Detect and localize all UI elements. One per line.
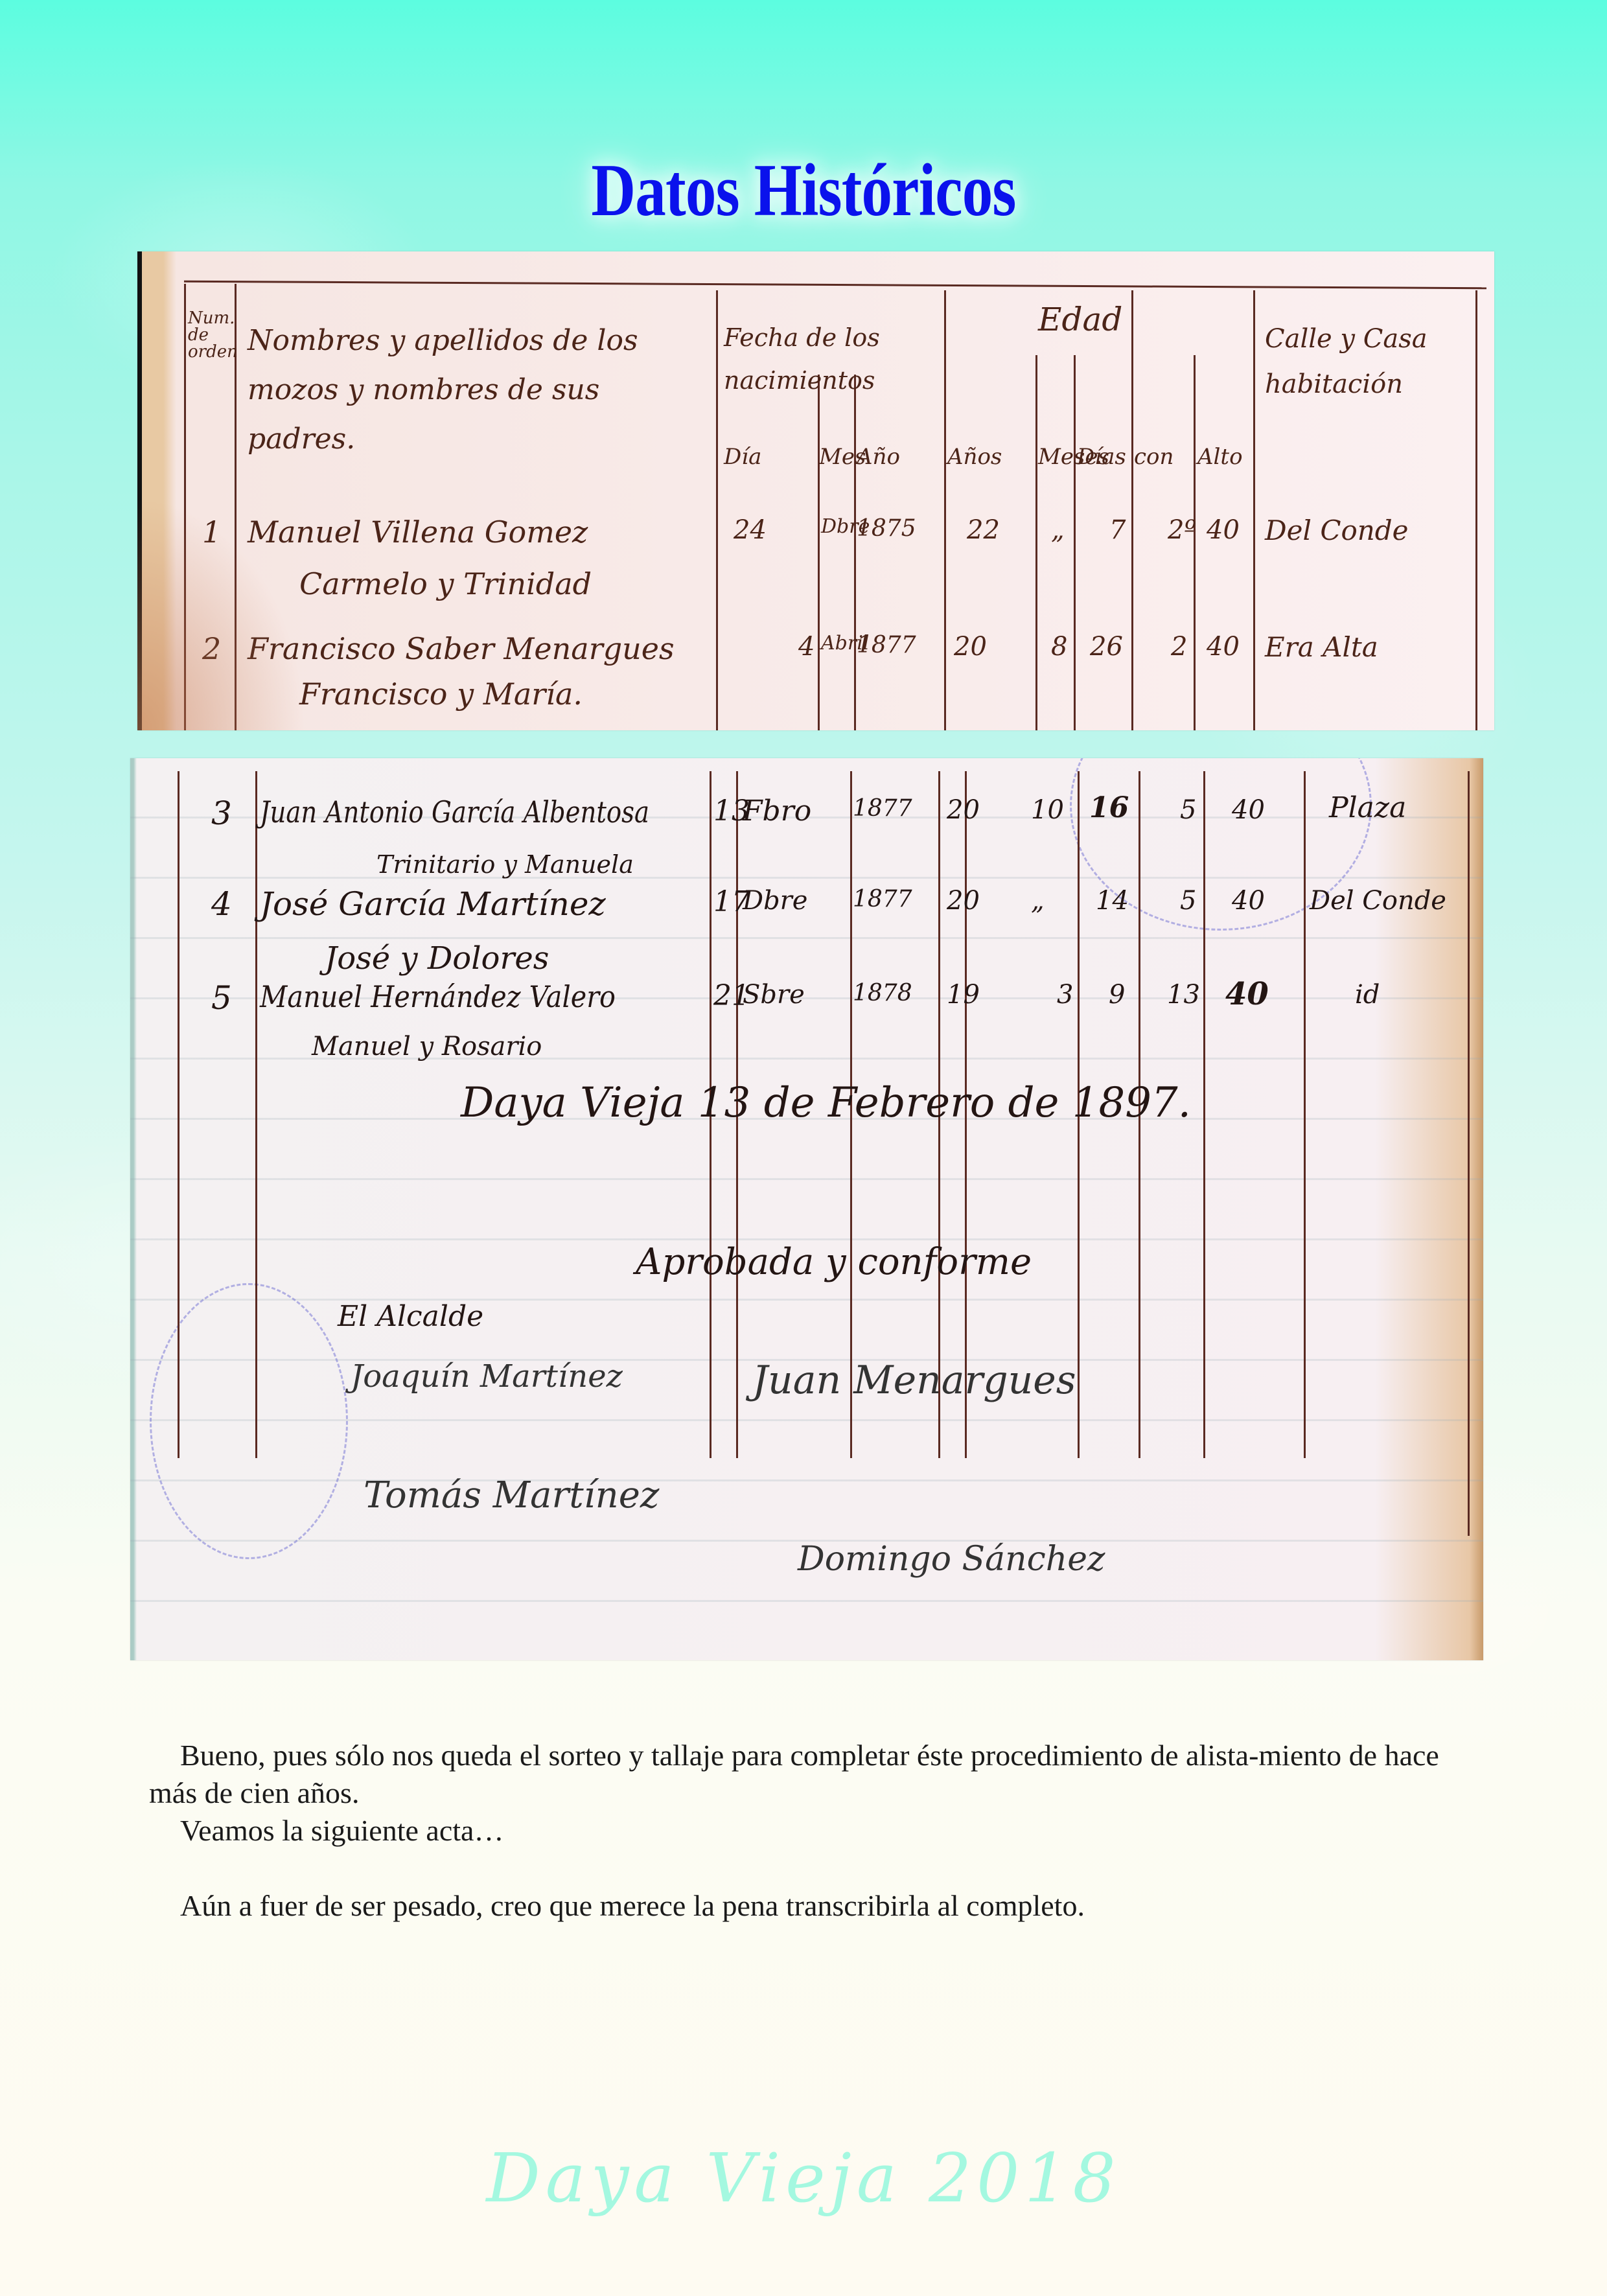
approval-note: Aprobada y conforme — [636, 1244, 1032, 1281]
place-date: Daya Vieja 13 de Febrero de 1897. — [461, 1082, 1191, 1124]
row-1-dias: 7 — [1109, 517, 1126, 543]
row-4-mes: Dbre — [743, 888, 807, 914]
row-2-dia: 4 — [798, 634, 815, 660]
column-rule — [1203, 771, 1205, 1458]
row-3-calle: Plaza — [1329, 794, 1406, 822]
row-5-con: 13 — [1167, 982, 1200, 1008]
row-3-anos: 20 — [947, 797, 980, 823]
column-rule — [944, 290, 946, 730]
row-5-ano: 1878 — [853, 982, 912, 1005]
header-con: con — [1134, 446, 1173, 468]
historical-document-image-2: 3 Juan Antonio García Albentosa Trinitar… — [130, 758, 1483, 1660]
row-5-nombre: Manuel Hernández Valero — [260, 982, 616, 1012]
body-text: Bueno, pues sólo nos queda el sorteo y t… — [149, 1737, 1464, 1925]
row-2-con: 2 — [1171, 634, 1187, 660]
column-rule — [716, 290, 718, 730]
signature-4: Domingo Sánchez — [798, 1542, 1105, 1576]
row-3-alto: 40 — [1232, 797, 1265, 823]
row-2-ano: 1877 — [857, 634, 916, 657]
row-1-num: 1 — [202, 517, 221, 547]
row-4-nombre: José García Martínez — [260, 888, 606, 920]
row-3-con: 5 — [1180, 797, 1196, 823]
table-top-rule — [184, 281, 1486, 290]
row-4-dias: 14 — [1096, 888, 1129, 914]
row-2-anos: 20 — [954, 634, 987, 660]
row-3-ano: 1877 — [853, 797, 912, 820]
row-2-nombre: Francisco Saber Menargues — [248, 634, 675, 664]
signature-3: Tomás Martínez — [364, 1478, 659, 1514]
row-4-calle: Del Conde — [1310, 888, 1446, 914]
row-1-alto: 40 — [1207, 517, 1240, 543]
row-2-alto: 40 — [1207, 634, 1240, 660]
header-num-orden: Num. de orden — [188, 310, 233, 360]
row-1-meses: „ — [1051, 517, 1065, 543]
spacer — [149, 1850, 1464, 1887]
paragraph-2: Veamos la siguiente acta… — [149, 1812, 1464, 1850]
alcalde-label: El Alcalde — [338, 1303, 483, 1331]
row-5-alto: 40 — [1225, 979, 1269, 1010]
header-alto: Alto — [1197, 446, 1243, 468]
column-rule — [1035, 355, 1037, 730]
column-rule — [178, 771, 179, 1458]
header-calle: Calle y Casa habitación — [1265, 316, 1459, 407]
signature-1: Joaquín Martínez — [351, 1361, 623, 1392]
column-rule — [1468, 771, 1470, 1536]
row-2-padres: Francisco y María. — [299, 679, 583, 709]
row-1-padres: Carmelo y Trinidad — [299, 569, 592, 599]
row-3-mes: Fbro — [743, 797, 811, 826]
column-rule — [1253, 290, 1255, 730]
row-4-num: 4 — [211, 888, 232, 920]
row-4-ano: 1877 — [853, 888, 912, 911]
row-1-dia: 24 — [734, 517, 767, 543]
header-dias: Días — [1077, 446, 1126, 468]
header-edad: Edad — [1038, 303, 1122, 336]
row-4-con: 5 — [1180, 888, 1196, 914]
row-5-calle: id — [1355, 982, 1380, 1008]
row-5-anos: 19 — [947, 982, 980, 1008]
row-5-num: 5 — [211, 982, 232, 1014]
row-1-nombre: Manuel Villena Gomez — [248, 517, 588, 547]
row-2-dias: 26 — [1090, 634, 1123, 660]
paragraph-3: Aún a fuer de ser pesado, creo que merec… — [149, 1887, 1464, 1925]
row-3-dias: 16 — [1089, 794, 1129, 822]
header-anos: Años — [947, 446, 1002, 468]
row-3-meses: 10 — [1031, 797, 1064, 823]
row-5-mes: Sbre — [743, 982, 805, 1008]
header-fecha: Fecha de los nacimientos — [724, 316, 938, 402]
row-4-meses: „ — [1031, 888, 1045, 914]
historical-document-image-1: Num. de orden Nombres y apellidos de los… — [137, 251, 1494, 730]
column-rule — [1304, 771, 1306, 1458]
footer-title: Daya Vieja 2018 — [0, 2139, 1607, 2218]
row-1-ano: 1875 — [857, 517, 916, 540]
row-4-alto: 40 — [1232, 888, 1265, 914]
row-2-meses: 8 — [1051, 634, 1067, 660]
paragraph-1: Bueno, pues sólo nos queda el sorteo y t… — [149, 1737, 1464, 1812]
row-3-padres: Trinitario y Manuela — [376, 852, 634, 877]
row-1-calle: Del Conde — [1265, 517, 1409, 544]
page-title: Datos Históricos — [145, 148, 1462, 234]
row-2-num: 2 — [202, 634, 221, 664]
row-3-num: 3 — [211, 797, 232, 829]
header-nombres: Nombres y apellidos de los mozos y nombr… — [248, 316, 701, 464]
column-rule — [854, 375, 856, 730]
signature-2: Juan Menargues — [752, 1361, 1076, 1400]
row-4-anos: 20 — [947, 888, 980, 914]
column-rule — [818, 375, 820, 730]
row-5-meses: 3 — [1057, 982, 1073, 1008]
column-rule — [1131, 290, 1133, 730]
header-dia: Día — [724, 446, 761, 468]
header-ano: Año — [857, 446, 900, 468]
column-rule — [255, 771, 257, 1458]
column-rule — [184, 284, 186, 730]
row-4-padres: José y Dolores — [325, 943, 549, 974]
row-1-anos: 22 — [967, 517, 1000, 543]
column-rule — [1074, 355, 1076, 730]
row-5-dias: 9 — [1109, 982, 1125, 1008]
row-3-nombre: Juan Antonio García Albentosa — [260, 797, 649, 827]
row-2-calle: Era Alta — [1265, 634, 1378, 661]
row-5-padres: Manuel y Rosario — [312, 1034, 542, 1060]
column-rule — [1475, 290, 1477, 730]
row-1-con: 2º — [1168, 517, 1196, 543]
